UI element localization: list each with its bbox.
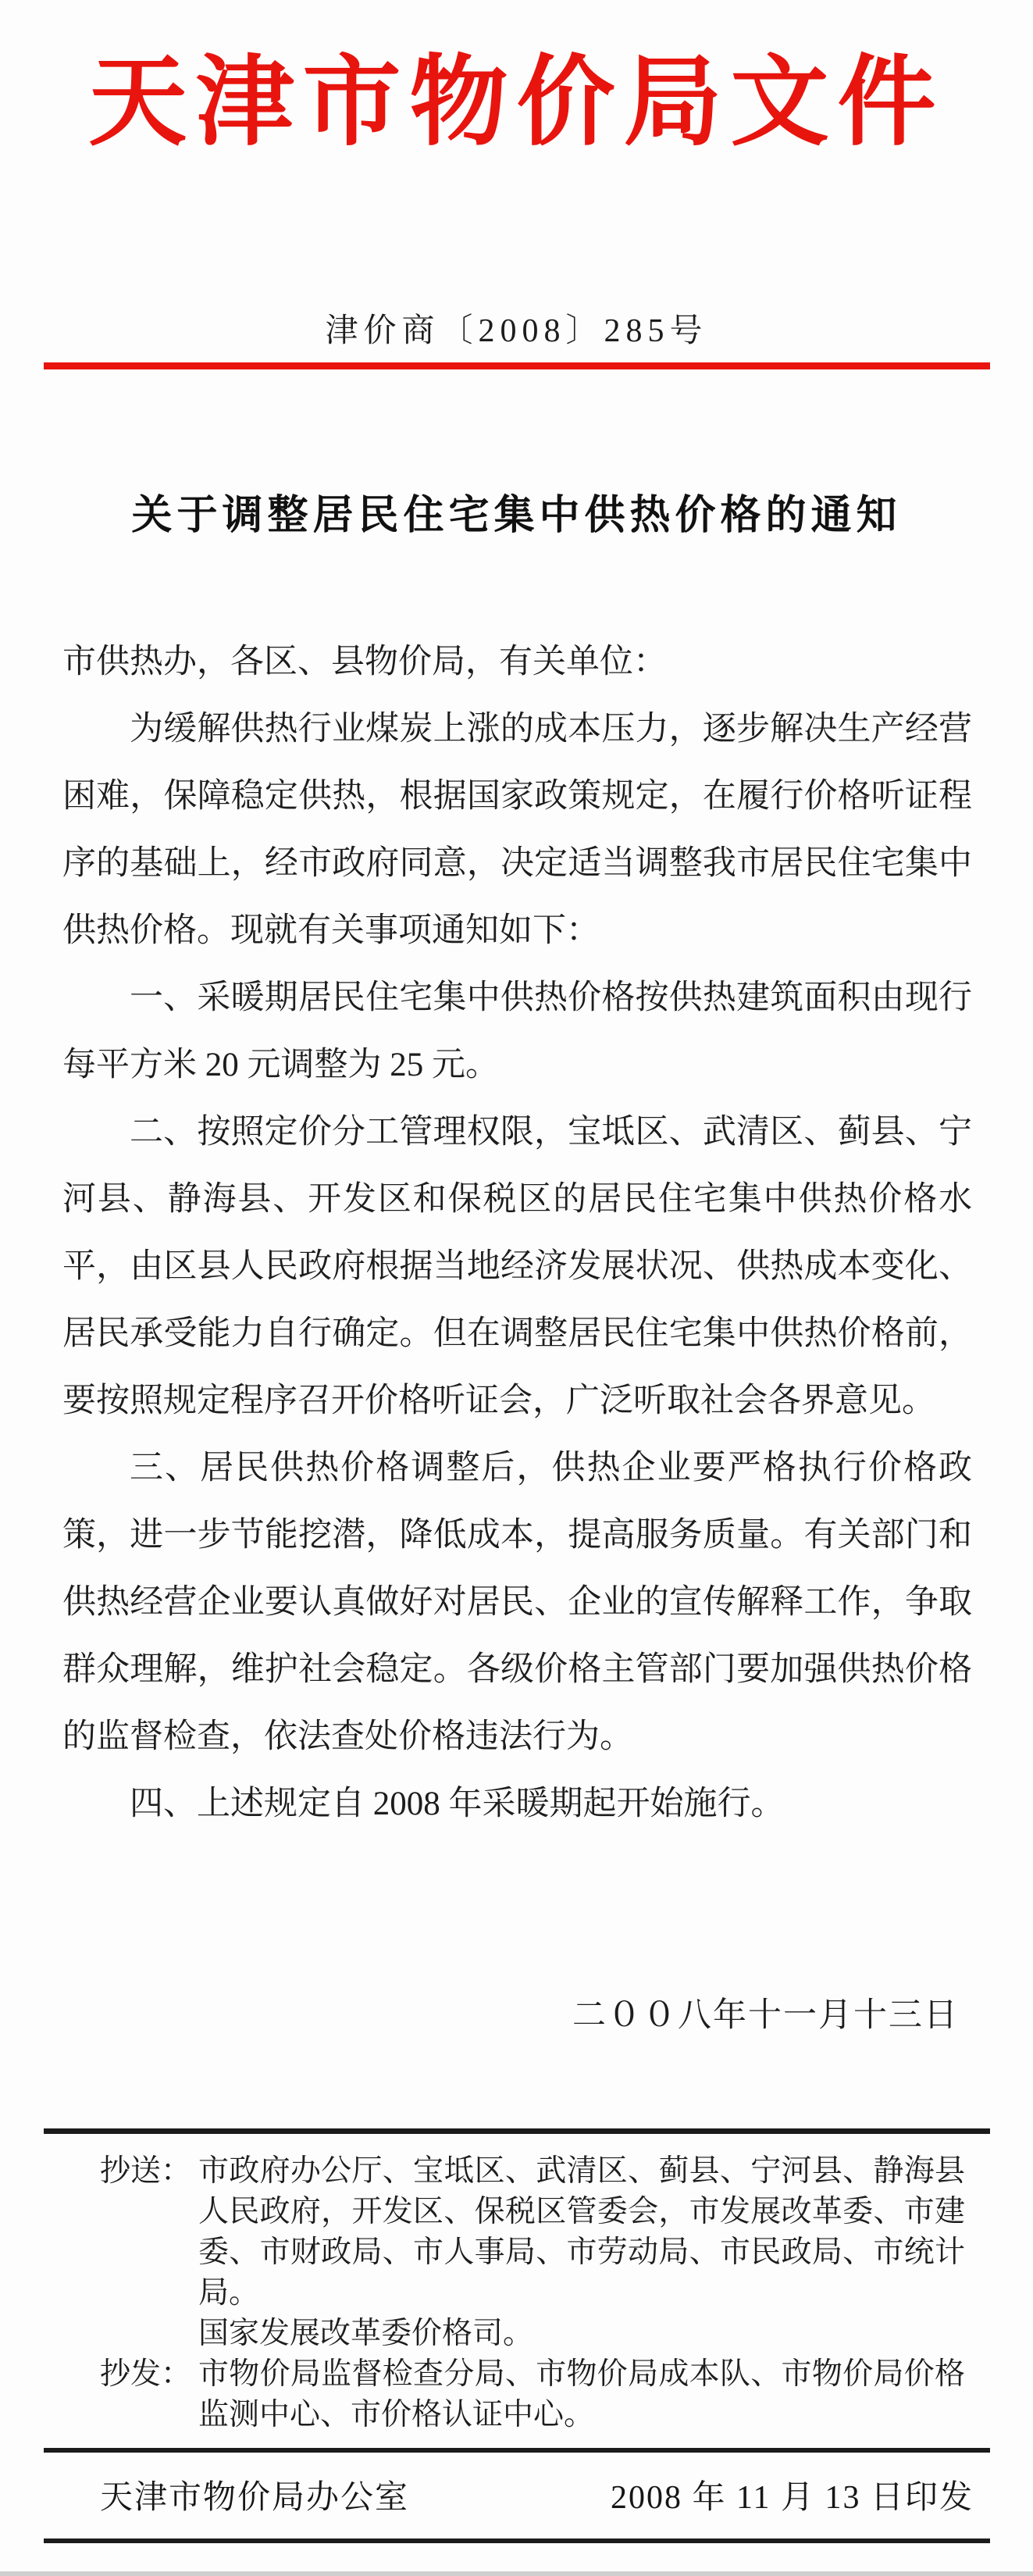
cc-label: 抄送： (100, 2151, 198, 2192)
page-bottom-edge (0, 2571, 1033, 2576)
paragraph-item-3: 三、居民供热价格调整后，供热企业要严格执行价格政策，进一步节能挖潜，降低成本，提… (62, 1435, 972, 1771)
document-page: 天津市物价局文件 津价商〔2008〕285号 关于调整居民住宅集中供热价格的通知… (0, 0, 1033, 2576)
paragraph-item-1: 一、采暖期居民住宅集中供热价格按供热建筑面积由现行每平方米 20 元调整为 25… (62, 965, 972, 1099)
paragraph-item-2: 二、按照定价分工管理权限，宝坻区、武清区、蓟县、宁河县、静海县、开发区和保税区的… (62, 1099, 972, 1435)
distribution-list: 市物价局监督检查分局、市物价局成本队、市物价局价格监测中心、市价格认证中心。 (198, 2354, 965, 2435)
paragraph-item-4: 四、上述规定自 2008 年采暖期起开始施行。 (62, 1771, 972, 1838)
footer-top-rule (44, 2128, 990, 2134)
footer-middle-rule (44, 2448, 990, 2453)
distribution-row: 抄发： 市物价局监督检查分局、市物价局成本队、市物价局价格监测中心、市价格认证中… (100, 2354, 1033, 2435)
print-date: 2008 年 11 月 13 日印发 (611, 2478, 974, 2518)
paragraph-intro: 为缓解供热行业煤炭上涨的成本压力，逐步解决生产经营困难，保障稳定供热，根据国家政… (62, 696, 972, 965)
cc-row: 抄送： 市政府办公厅、宝坻区、武清区、蓟县、宁河县、静海县人民政府，开发区、保税… (100, 2151, 1033, 2354)
distribution-label: 抄发： (100, 2354, 198, 2395)
cc-list: 市政府办公厅、宝坻区、武清区、蓟县、宁河县、静海县人民政府，开发区、保税区管委会… (198, 2151, 965, 2354)
signoff-date: 二００八年十一月十三日 (0, 1994, 1033, 2038)
issuing-office: 天津市物价局办公室 (100, 2478, 409, 2518)
distribution-item: 市物价局监督检查分局、市物价局成本队、市物价局价格监测中心、市价格认证中心。 (198, 2354, 965, 2435)
cc-item: 市政府办公厅、宝坻区、武清区、蓟县、宁河县、静海县人民政府，开发区、保税区管委会… (198, 2151, 965, 2314)
red-separator-rule (44, 362, 990, 369)
notice-body: 市供热办，各区、县物价局，有关单位： 为缓解供热行业煤炭上涨的成本压力，逐步解决… (62, 629, 972, 1838)
document-number: 津价商〔2008〕285号 (0, 312, 1033, 350)
salutation: 市供热办，各区、县物价局，有关单位： (62, 629, 972, 696)
footer-bottom-rule (44, 2539, 990, 2543)
office-row: 天津市物价局办公室 2008 年 11 月 13 日印发 (100, 2478, 974, 2518)
notice-title: 关于调整居民住宅集中供热价格的通知 (0, 491, 1033, 540)
cc-item: 国家发展改革委价格司。 (198, 2314, 965, 2354)
agency-title: 天津市物价局文件 (0, 0, 1033, 166)
